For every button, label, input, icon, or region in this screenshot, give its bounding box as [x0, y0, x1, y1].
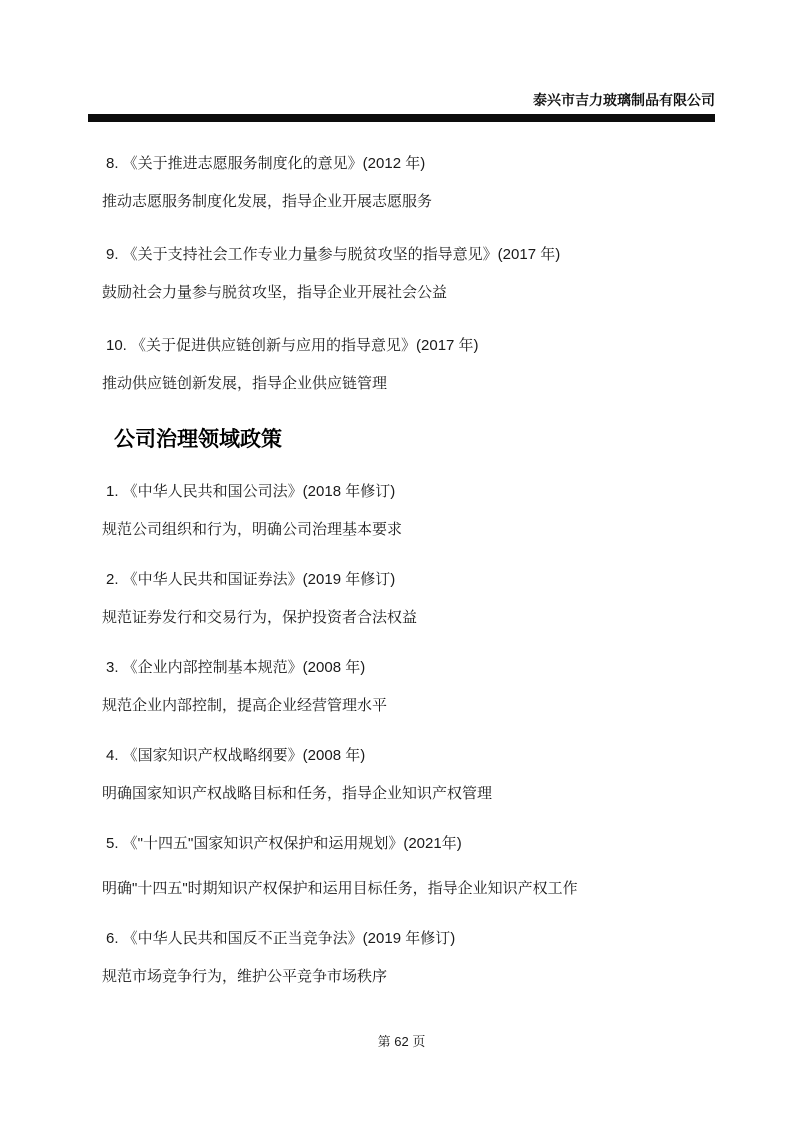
- header-divider: [88, 114, 715, 122]
- policy-title: 5. 《"十四五"国家知识产权保护和运用规划》(2021年): [88, 836, 715, 852]
- policy-description: 规范企业内部控制，提高企业经营管理水平: [88, 698, 715, 714]
- policy-description: 鼓励社会力量参与脱贫攻坚，指导企业开展社会公益: [88, 285, 715, 301]
- policy-item: 5. 《"十四五"国家知识产权保护和运用规划》(2021年) 明确"十四五"时期…: [88, 836, 715, 897]
- document-page: 泰兴市吉力玻璃制品有限公司 8. 《关于推进志愿服务制度化的意见》(2012 年…: [0, 0, 800, 1131]
- policy-title: 4. 《国家知识产权战略纲要》(2008 年): [88, 748, 715, 764]
- policy-item: 1. 《中华人民共和国公司法》(2018 年修订) 规范公司组织和行为，明确公司…: [88, 484, 715, 538]
- policy-item: 8. 《关于推进志愿服务制度化的意见》(2012 年) 推动志愿服务制度化发展，…: [88, 156, 715, 210]
- page-footer: 第 62 页: [88, 1035, 715, 1049]
- policy-title: 9. 《关于支持社会工作专业力量参与脱贫攻坚的指导意见》(2017 年): [88, 247, 715, 263]
- page-number: 第 62 页: [378, 1034, 426, 1049]
- policy-section-social: 8. 《关于推进志愿服务制度化的意见》(2012 年) 推动志愿服务制度化发展，…: [88, 156, 715, 392]
- policy-title: 6. 《中华人民共和国反不正当竞争法》(2019 年修订): [88, 931, 715, 947]
- policy-description: 推动志愿服务制度化发展，指导企业开展志愿服务: [88, 194, 715, 210]
- policy-title: 1. 《中华人民共和国公司法》(2018 年修订): [88, 484, 715, 500]
- policy-title: 8. 《关于推进志愿服务制度化的意见》(2012 年): [88, 156, 715, 172]
- policy-item: 2. 《中华人民共和国证券法》(2019 年修订) 规范证券发行和交易行为，保护…: [88, 572, 715, 626]
- policy-description: 规范市场竞争行为，维护公平竞争市场秩序: [88, 969, 715, 985]
- policy-item: 4. 《国家知识产权战略纲要》(2008 年) 明确国家知识产权战略目标和任务，…: [88, 748, 715, 802]
- policy-description: 明确国家知识产权战略目标和任务，指导企业知识产权管理: [88, 786, 715, 802]
- policy-title: 3. 《企业内部控制基本规范》(2008 年): [88, 660, 715, 676]
- policy-description: 规范公司组织和行为，明确公司治理基本要求: [88, 522, 715, 538]
- policy-title: 10. 《关于促进供应链创新与应用的指导意见》(2017 年): [88, 338, 715, 354]
- policy-item: 10. 《关于促进供应链创新与应用的指导意见》(2017 年) 推动供应链创新发…: [88, 338, 715, 392]
- section-heading: 公司治理领域政策: [88, 429, 715, 451]
- document-body: 8. 《关于推进志愿服务制度化的意见》(2012 年) 推动志愿服务制度化发展，…: [88, 122, 715, 985]
- page-header: 泰兴市吉力玻璃制品有限公司: [88, 0, 715, 108]
- policy-item: 3. 《企业内部控制基本规范》(2008 年) 规范企业内部控制，提高企业经营管…: [88, 660, 715, 714]
- policy-description: 规范证券发行和交易行为，保护投资者合法权益: [88, 610, 715, 626]
- policy-item: 6. 《中华人民共和国反不正当竞争法》(2019 年修订) 规范市场竞争行为，维…: [88, 931, 715, 985]
- policy-section-governance: 1. 《中华人民共和国公司法》(2018 年修订) 规范公司组织和行为，明确公司…: [88, 484, 715, 985]
- policy-title: 2. 《中华人民共和国证券法》(2019 年修订): [88, 572, 715, 588]
- policy-description: 明确"十四五"时期知识产权保护和运用目标任务，指导企业知识产权工作: [88, 881, 715, 897]
- policy-item: 9. 《关于支持社会工作专业力量参与脱贫攻坚的指导意见》(2017 年) 鼓励社…: [88, 247, 715, 301]
- company-name: 泰兴市吉力玻璃制品有限公司: [533, 92, 715, 108]
- policy-description: 推动供应链创新发展，指导企业供应链管理: [88, 376, 715, 392]
